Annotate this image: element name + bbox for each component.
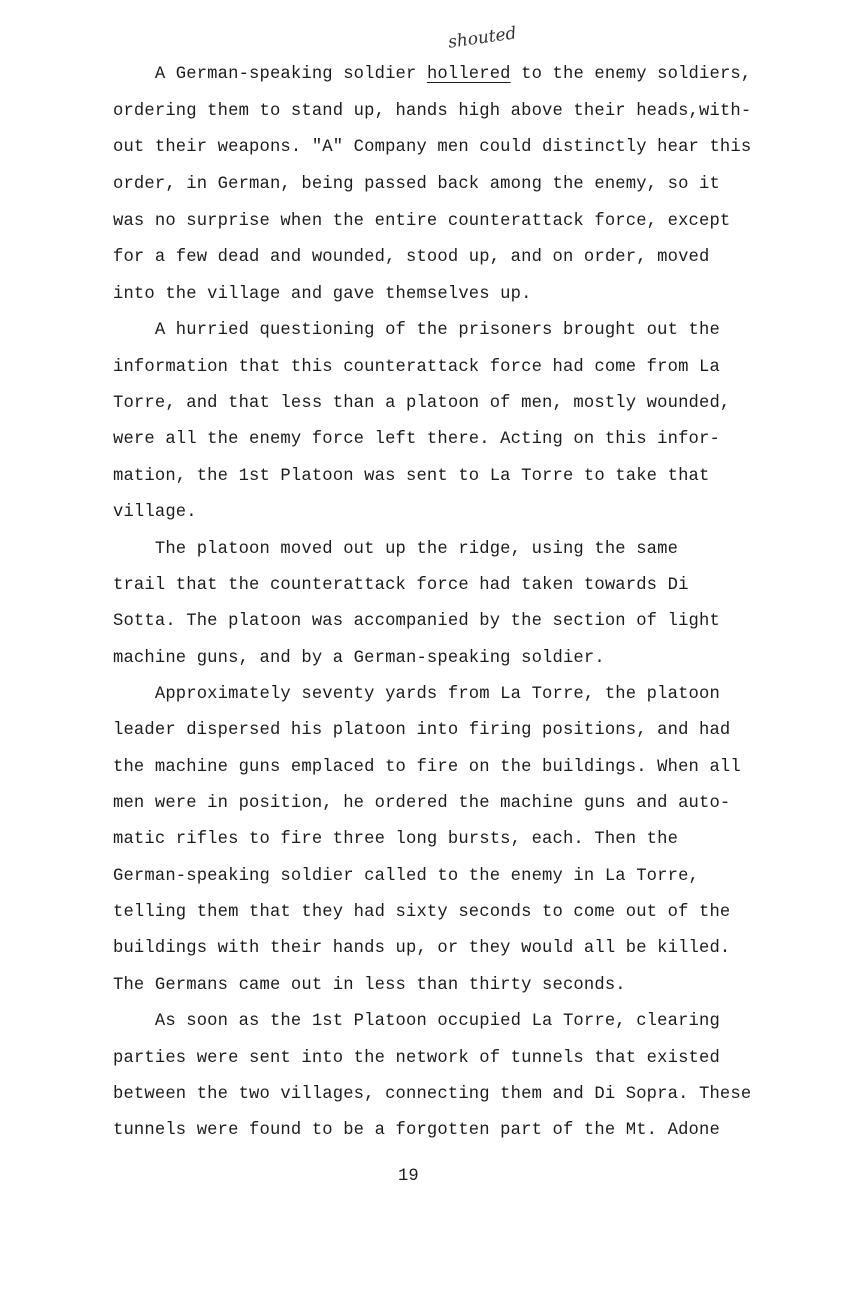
text-line: leader dispersed his platoon into firing… [113,721,730,741]
text-line: men were in position, he ordered the mac… [113,794,730,814]
text-line: were all the enemy force left there. Act… [113,430,720,450]
text-line: The Germans came out in less than thirty… [113,976,626,996]
text-line: between the two villages, connecting the… [113,1085,751,1105]
text-line: buildings with their hands up, or they w… [113,939,730,959]
text-line: As soon as the 1st Platoon occupied La T… [113,1012,720,1032]
text-line: information that this counterattack forc… [113,358,720,378]
text-line: mation, the 1st Platoon was sent to La T… [113,467,709,487]
text-line: The platoon moved out up the ridge, usin… [113,540,678,560]
document-page: shouted A German-speaking soldier holler… [0,0,850,1315]
text-segment: to the enemy soldiers, [511,65,752,84]
text-line: was no surprise when the entire countera… [113,212,730,232]
text-line: the machine guns emplaced to fire on the… [113,758,741,778]
text-line: A German-speaking soldier hollered to th… [113,65,751,85]
text-line: matic rifles to fire three long bursts, … [113,830,678,850]
underlined-word: hollered [427,65,511,84]
text-segment: A German-speaking soldier [113,65,427,84]
text-line: into the village and gave themselves up. [113,285,532,305]
text-line: telling them that they had sixty seconds… [113,903,730,923]
text-line: order, in German, being passed back amon… [113,175,720,195]
text-line: A hurried questioning of the prisoners b… [113,321,720,341]
handwritten-annotation: shouted [447,23,518,52]
text-line: trail that the counterattack force had t… [113,576,689,596]
page-number: 19 [398,1167,419,1186]
text-line: Approximately seventy yards from La Torr… [113,685,720,705]
text-line: ordering them to stand up, hands high ab… [113,102,751,122]
text-line: for a few dead and wounded, stood up, an… [113,248,709,268]
text-line: German-speaking soldier called to the en… [113,867,699,887]
text-line: Torre, and that less than a platoon of m… [113,394,730,414]
text-line: parties were sent into the network of tu… [113,1049,720,1069]
text-line: machine guns, and by a German-speaking s… [113,649,605,669]
text-line: Sotta. The platoon was accompanied by th… [113,612,720,632]
text-line: out their weapons. "A" Company men could… [113,138,751,158]
text-line: tunnels were found to be a forgotten par… [113,1121,720,1141]
text-line: village. [113,503,197,523]
